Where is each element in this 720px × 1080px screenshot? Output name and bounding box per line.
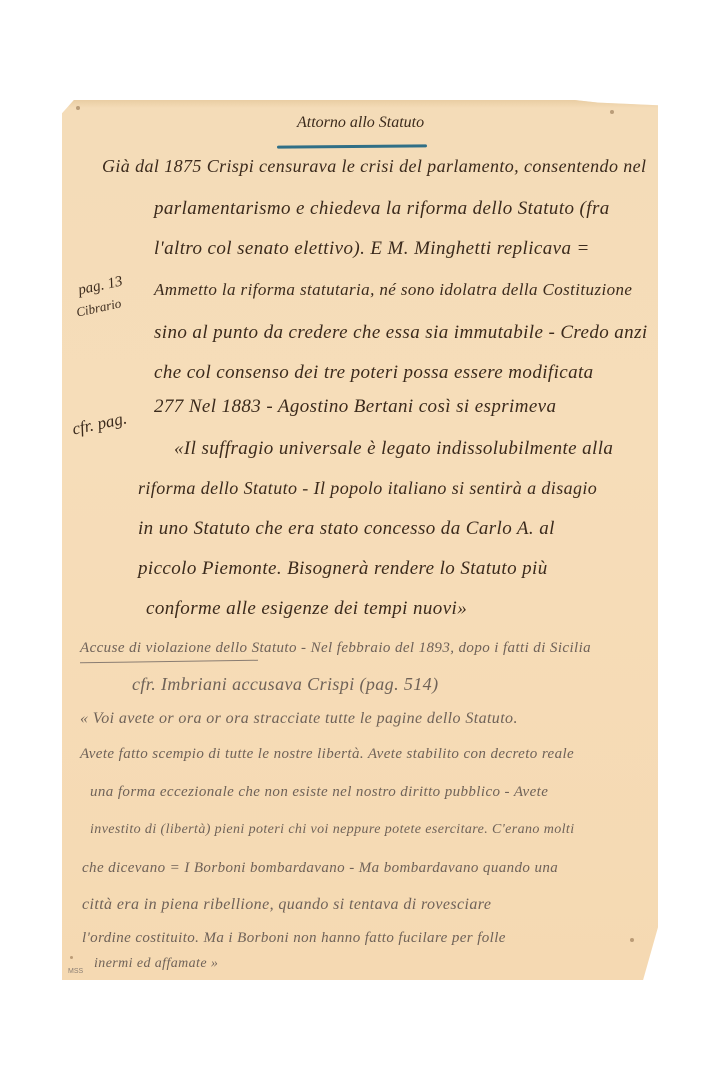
manuscript-line: l'ordine costituito. Ma i Borboni non ha… [82,930,506,947]
margin-note-cibrario: Cibrario [75,295,123,320]
section-underline [80,660,258,663]
ink-spot [610,110,614,114]
manuscript-sheet: Attorno allo Statuto pag. 13 Cibrario cf… [62,100,658,980]
manuscript-line: in uno Statuto che era stato concesso da… [138,518,555,540]
manuscript-line: investito di (libertà) pieni poteri chi … [90,822,575,838]
manuscript-line: piccolo Piemonte. Bisognerà rendere lo S… [138,558,548,580]
ink-spot [630,938,634,942]
manuscript-line: che col consenso dei tre poteri possa es… [154,362,594,384]
manuscript-line: città era in piena ribellione, quando si… [82,896,491,914]
manuscript-line: Ammetto la riforma statutaria, né sono i… [154,280,632,300]
ink-spot [70,956,73,959]
manuscript-line: Avete fatto scempio di tutte le nostre l… [80,746,574,763]
title-underline [277,144,427,148]
margin-note-cfr: cfr. pag. [71,408,129,439]
manuscript-line: «Il suffragio universale è legato indiss… [174,438,613,460]
manuscript-line: una forma eccezionale che non esiste nel… [90,784,548,801]
ink-spot [76,106,80,110]
manuscript-line: 277 Nel 1883 - Agostino Bertani così si … [154,396,556,418]
manuscript-line: Accuse di violazione dello Statuto - Nel… [80,640,591,657]
manuscript-line: che dicevano = I Borboni bombardavano - … [82,860,558,877]
manuscript-line: inermi ed affamate » [94,956,218,972]
manuscript-line: cfr. Imbriani accusava Crispi (pag. 514) [132,674,438,695]
manuscript-line: parlamentarismo e chiedeva la riforma de… [154,198,610,220]
catalog-mark: MSS [68,968,83,975]
manuscript-line: Già dal 1875 Crispi censurava le crisi d… [102,156,646,177]
manuscript-line: conforme alle esigenze dei tempi nuovi» [146,598,467,620]
manuscript-line: sino al punto da credere che essa sia im… [154,322,648,344]
document-title: Attorno allo Statuto [297,114,424,132]
manuscript-line: riforma dello Statuto - Il popolo italia… [138,478,597,499]
manuscript-line: « Voi avete or ora or ora stracciate tut… [80,710,518,728]
manuscript-line: l'altro col senato elettivo). E M. Mingh… [154,238,590,260]
